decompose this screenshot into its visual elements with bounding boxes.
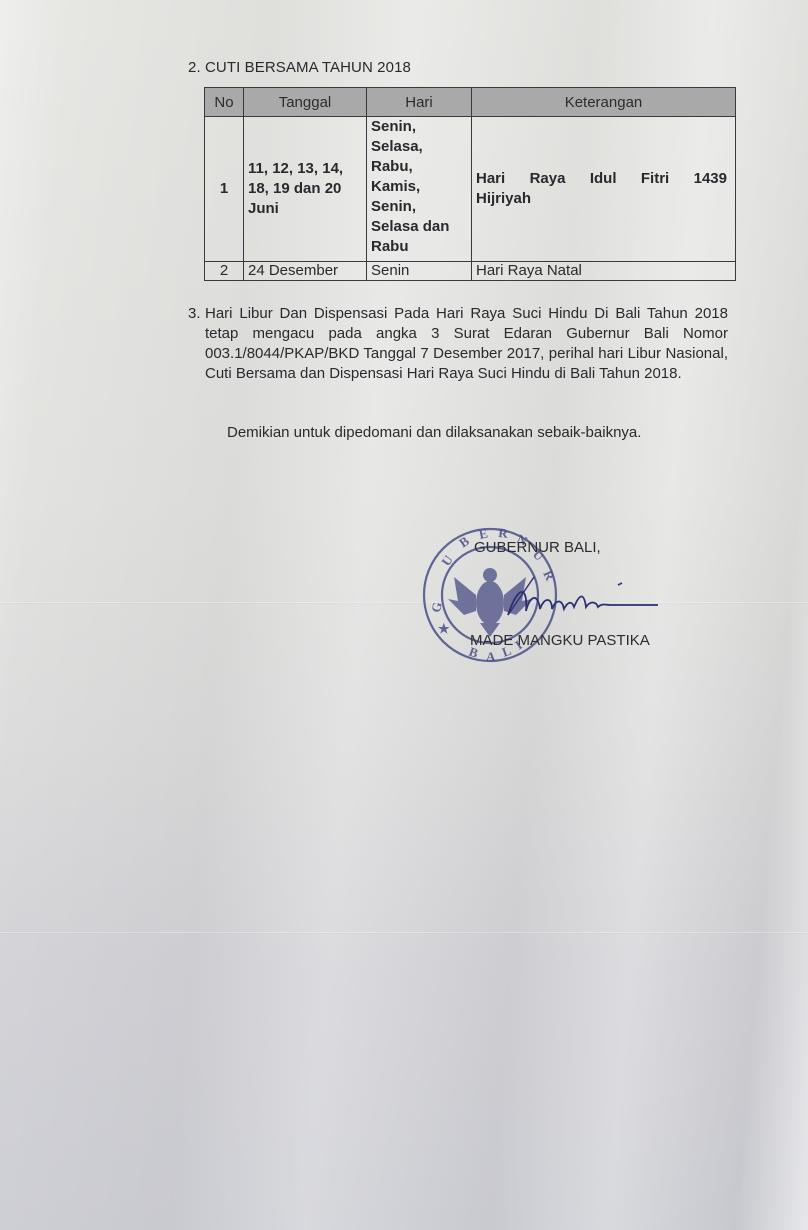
- table-row: 1 11, 12, 13, 14, 18, 19 dan 20 Juni Sen…: [205, 117, 736, 262]
- header-no: No: [205, 88, 244, 117]
- word: Idul: [590, 169, 617, 189]
- cell-hari: Senin, Selasa, Rabu, Kamis, Senin, Selas…: [367, 117, 472, 262]
- paragraph-3: 3. Hari Libur Dan Dispensasi Pada Hari R…: [188, 304, 728, 384]
- cell-keterangan: Hari Raya Idul Fitri 1439 Hijriyah: [472, 117, 736, 262]
- svg-text:★: ★: [438, 621, 450, 636]
- hari-line: Senin,: [371, 197, 467, 217]
- header-hari: Hari: [367, 88, 472, 117]
- hari-line: Senin,: [371, 117, 467, 137]
- keterangan-line: Hari Raya Idul Fitri 1439: [476, 169, 731, 189]
- handwritten-signature-icon: [498, 575, 668, 625]
- hari-line: Kamis,: [371, 177, 467, 197]
- cuti-bersama-table: No Tanggal Hari Keterangan 1 11, 12, 13,…: [204, 87, 736, 281]
- cell-no: 1: [205, 117, 244, 262]
- svg-text:U: U: [438, 552, 456, 569]
- hari-line: Selasa dan: [371, 217, 467, 237]
- header-tanggal: Tanggal: [244, 88, 367, 117]
- section-heading-cuti-bersama: 2. CUTI BERSAMA TAHUN 2018: [188, 59, 411, 76]
- cell-keterangan: Hari Raya Natal: [472, 262, 736, 281]
- hari-line: Rabu: [371, 237, 467, 257]
- svg-text:A: A: [486, 649, 496, 664]
- document-page: 2. CUTI BERSAMA TAHUN 2018 No Tanggal Ha…: [0, 0, 808, 1230]
- word: Raya: [530, 169, 566, 189]
- hari-line: Rabu,: [371, 157, 467, 177]
- paragraph-text: Hari Libur Dan Dispensasi Pada Hari Raya…: [205, 304, 728, 384]
- closing-statement: Demikian untuk dipedomani dan dilaksanak…: [227, 424, 641, 441]
- word: Fitri: [641, 169, 669, 189]
- word: Hari: [476, 169, 505, 189]
- signatory-name: MADE MANGKU PASTIKA: [470, 632, 650, 649]
- table-header-row: No Tanggal Hari Keterangan: [205, 88, 736, 117]
- hari-line: Selasa,: [371, 137, 467, 157]
- svg-text:B: B: [456, 533, 472, 550]
- cell-tanggal: 24 Desember: [244, 262, 367, 281]
- word: 1439: [694, 169, 727, 189]
- table-row: 2 24 Desember Senin Hari Raya Natal: [205, 262, 736, 281]
- signatory-title: GUBERNUR BALI,: [474, 539, 601, 556]
- header-keterangan: Keterangan: [472, 88, 736, 117]
- keterangan-line: Hijriyah: [476, 189, 731, 209]
- cell-tanggal: 11, 12, 13, 14, 18, 19 dan 20 Juni: [244, 117, 367, 262]
- paragraph-number: 3.: [188, 304, 201, 324]
- cell-hari: Senin: [367, 262, 472, 281]
- cell-no: 2: [205, 262, 244, 281]
- signature-block: G U B E R N U R B A L I ★ GUB: [418, 515, 688, 675]
